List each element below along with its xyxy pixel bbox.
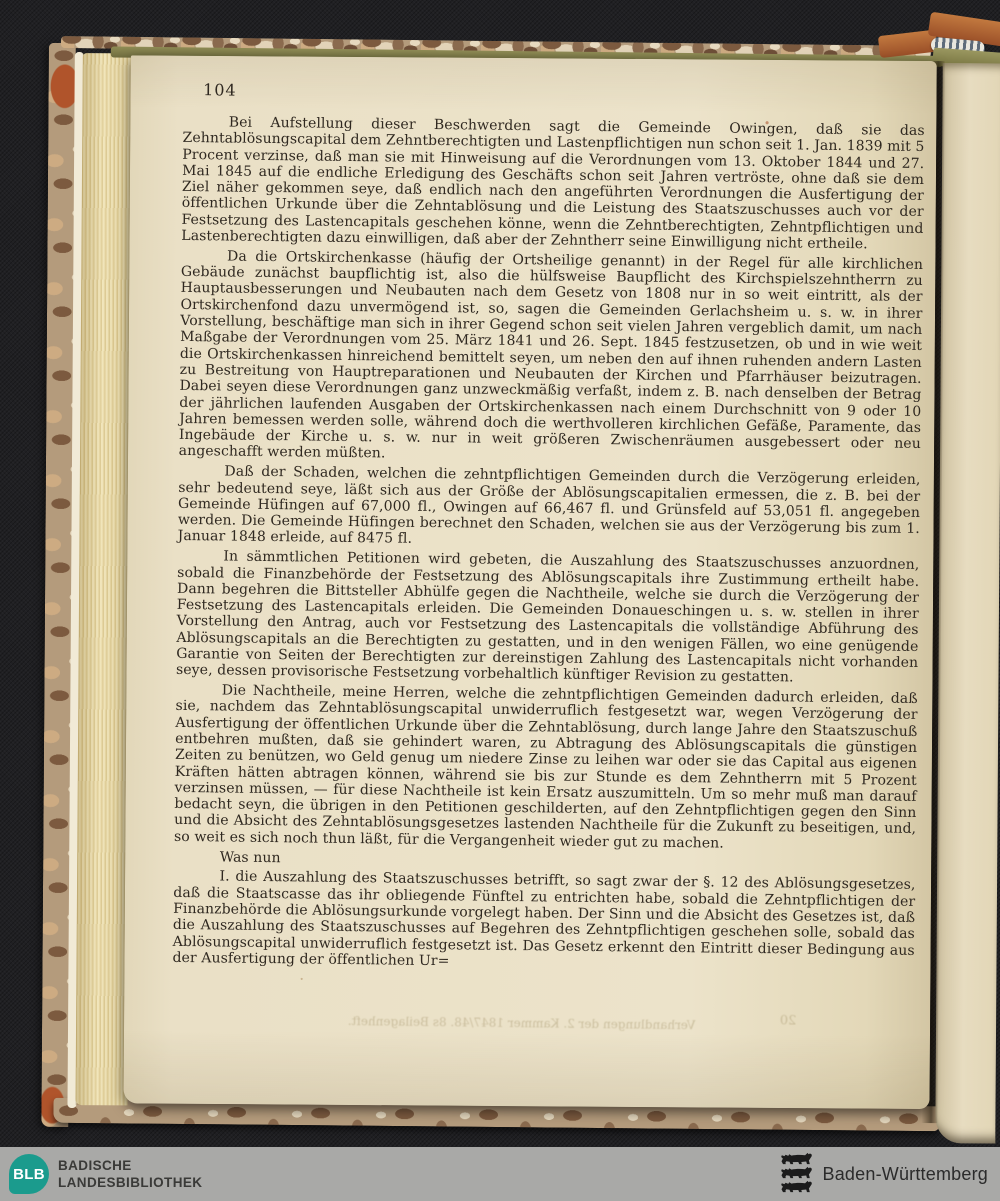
viewer-footer: BLB BADISCHE LANDESBIBLIOTHEK Baden-Würt… — [0, 1147, 1000, 1201]
library-name-line1: BADISCHE — [58, 1157, 202, 1174]
bleed-through-page-number: 20 — [780, 1013, 797, 1028]
page-text: Bei Aufstellung dieser Beschwerden sagt … — [172, 114, 924, 979]
state-name: Baden-Württemberg — [823, 1164, 988, 1185]
paragraph: Daß der Schaden, welchen die zehntpflich… — [178, 463, 921, 554]
paragraph: Die Nachtheile, meine Herren, welche die… — [174, 682, 918, 854]
book-photo: 104 Bei Aufstellung dieser Beschwerden s… — [0, 0, 1000, 1153]
facing-page — [935, 63, 1000, 1143]
paragraph: Da die Ortskirchenkasse (häufig der Orts… — [179, 248, 924, 469]
page-number: 104 — [203, 80, 237, 99]
blb-logo-icon: BLB — [9, 1154, 49, 1194]
library-branding: BLB BADISCHE LANDESBIBLIOTHEK — [0, 1154, 202, 1194]
bleed-through-footline: Verhandlungen der 2. Kammer 1847/48. 8s … — [348, 1014, 696, 1032]
paragraph: I. die Auszahlung des Staatszuschusses b… — [172, 868, 915, 975]
library-name: BADISCHE LANDESBIBLIOTHEK — [58, 1157, 202, 1191]
page-content: 104 Bei Aufstellung dieser Beschwerden s… — [121, 53, 940, 1111]
blb-logo-text: BLB — [13, 1166, 45, 1183]
coat-of-arms-icon — [777, 1152, 813, 1196]
paragraph: Bei Aufstellung dieser Beschwerden sagt … — [181, 114, 925, 253]
state-branding: Baden-Württemberg — [777, 1152, 1000, 1196]
scan-viewer: 104 Bei Aufstellung dieser Beschwerden s… — [0, 0, 1000, 1201]
book-page: 104 Bei Aufstellung dieser Beschwerden s… — [123, 55, 936, 1109]
paragraph: In sämmtlichen Petitionen wird gebeten, … — [176, 548, 920, 687]
library-name-line2: LANDESBIBLIOTHEK — [58, 1174, 202, 1191]
